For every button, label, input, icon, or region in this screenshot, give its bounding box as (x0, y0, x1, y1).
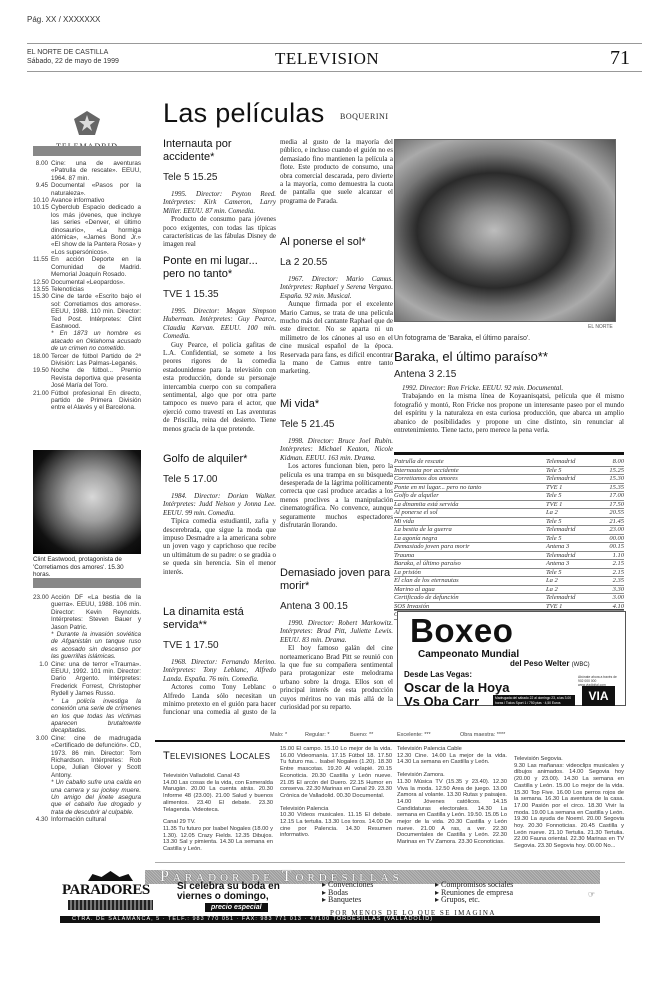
schedule-time: 9.45 (33, 182, 51, 197)
locales-column-4: Televisión Segovia.9.30 Las mañanas: vid… (514, 756, 624, 850)
clint-eastwood-photo (33, 450, 141, 554)
featured-film-body: Trabajando en la misma línea de Koyaanis… (394, 392, 624, 434)
local-channel-listing: Televisión Zamora.11.30 Música TV (15.35… (397, 772, 507, 846)
schedule-entry: 10.15Cyberclub Espacio dedicado a los má… (33, 204, 141, 256)
schedule-description: Documental «Leopardos». (51, 279, 141, 286)
grid-channel: Tele 5 (546, 534, 596, 543)
grid-time: 00.15 (596, 543, 624, 552)
local-channel-listing: Televisión Palencia10.30 Vídeos musicale… (280, 806, 392, 840)
grid-row: La agonía negraTele 500.00 (394, 534, 624, 543)
weight-class-label: del Peso Welter (510, 659, 569, 668)
schedule-description: En acción Deporte en la Comunidad de Mad… (51, 256, 141, 278)
local-channel-schedule: 15.00 El campo. 15.10 Lo mejor de la vid… (280, 746, 392, 799)
page-number: 71 (610, 47, 630, 70)
schedule-entry: 1.0Cine: una de terror «Trauma». EEUU, 1… (33, 661, 141, 735)
local-channel-schedule: 11.35 Tu futuro por Isabel Nogales (18.0… (163, 826, 273, 852)
grid-channel: Telemadrid (546, 475, 596, 484)
grid-row: La bestia de la guerraTelemadrid23.00 (394, 526, 624, 535)
paradores-logo: PARADORES (62, 882, 150, 899)
ad-subtitle: Campeonato Mundial (418, 649, 519, 660)
price-tag: precio especial (205, 903, 268, 912)
schedule-description: Documental «Pasos por la naturaleza». (51, 182, 141, 197)
grid-row: El clan de los eternautasLa 22.35 (394, 577, 624, 586)
local-channel-name: Televisión Palencia (280, 806, 392, 813)
schedule-description: Cine: una de aventuras «Patrulla de resc… (51, 160, 141, 182)
film-review-3: Golfo de alquiler* Tele 5 17.00 1984. Di… (163, 453, 276, 576)
schedule-time: 8.00 (33, 160, 51, 182)
grid-channel: Telemadrid (546, 594, 596, 603)
crown-icon (88, 871, 133, 881)
grid-title: Golfo de alquiler (394, 492, 546, 501)
grid-time: 20.55 (596, 509, 624, 518)
schedule-entry: 8.00Cine: una de aventuras «Patrulla de … (33, 160, 141, 182)
ad-title: Boxeo (410, 612, 513, 650)
film-review-body: Actores como Tony Leblanc o Alfredo Land… (163, 683, 276, 717)
grid-channel: Antena 3 (546, 543, 596, 552)
local-channel-name: Televisión Palencia Cable (397, 746, 507, 753)
featured-film-channel-time: Antena 3 2.15 (394, 369, 456, 380)
film-review-body: Típica comedia estudiantil, zafia y desc… (163, 517, 276, 576)
grid-title: Trauma (394, 551, 546, 560)
grid-title: Baraka, el último paraíso (394, 560, 546, 569)
local-channel-listing: 15.00 El campo. 15.10 Lo mejor de la vid… (280, 746, 392, 800)
service-item: ▸ Banquetes (322, 896, 373, 904)
grid-title: Ponte en mi lugar... pero no tanto (394, 483, 546, 492)
film-channel-time: La 2 20.55 (280, 257, 393, 269)
film-channel-time: TVE 1 15.35 (163, 289, 276, 301)
schedule-entry: 18.00Tercer de fútbol Partido de 2ª Divi… (33, 353, 141, 368)
schedule-description: Cine: una de terror «Trauma». EEUU, 1992… (51, 661, 141, 735)
slogan-line-2: viernes o domingo, (177, 892, 280, 902)
grid-row: Patrulla de rescateTelemadrid8.00 (394, 458, 624, 466)
schedule-time: 10.15 (33, 204, 51, 256)
schedule-time: 18.00 (33, 353, 51, 368)
film-review-5: Al ponerse el sol* La 2 20.55 1967. Dire… (280, 236, 393, 376)
boxeo-advertisement[interactable]: Boxeo Campeonato Mundial del Peso Welter… (397, 611, 626, 706)
film-title: Ponte en mi lugar... pero no tanto* (163, 255, 276, 281)
local-channel-schedule: 10.30 Vídeos musicales. 11.15 El debate.… (280, 812, 392, 838)
schedule-description: Cyberclub Espacio dedicado a los más jóv… (51, 204, 141, 256)
film-credits: 1968. Director: Fernando Merino. Intérpr… (163, 658, 276, 683)
grid-channel: TVE 1 (546, 500, 596, 509)
pointer-icon: ☞ (588, 890, 595, 899)
film-review-body: El hoy famoso galán del cine norteameric… (280, 644, 393, 711)
film-review-4: La dinamita está servida** TVE 1 17.50 1… (163, 606, 276, 717)
grid-channel: Tele 5 (546, 466, 596, 475)
ad-weight-class: del Peso Welter (WBC) (510, 659, 590, 668)
film-channel-time: Tele 5 17.00 (163, 474, 276, 486)
grid-row: Al ponerse el solLa 220.55 (394, 509, 624, 518)
locales-bottom-rule (155, 862, 625, 863)
grid-channel: La 2 (546, 509, 596, 518)
film-review-body-continued: media al gusto de la mayoría del público… (280, 138, 393, 205)
section-title: TELEVISION (275, 49, 379, 69)
grid-title: Mi vida (394, 517, 546, 526)
schedule-description: Avance informativo (51, 197, 141, 204)
grid-title: Internauta por accidente (394, 466, 546, 475)
grid-time: 15.30 (596, 475, 624, 484)
local-channel-listing: Televisión Valladolid. Canal 4314.00 Las… (163, 773, 273, 813)
rating-legend-regular: Regular: * (305, 732, 329, 738)
grid-title: La bestia de la guerra (394, 526, 546, 535)
grid-time: 17.00 (596, 492, 624, 501)
schedule-entry: 13.55Telenoticias (33, 286, 141, 293)
services-list-b: ▸ Compromisos sociales▸ Reuniones de emp… (435, 881, 513, 904)
baraka-still-photo (394, 139, 616, 322)
org-label: (WBC) (572, 662, 590, 668)
grid-channel: Telemadrid (546, 551, 596, 560)
schedule-entry: 21.00Fútbol profesional En directo, part… (33, 390, 141, 412)
schedule-time: 15.30 (33, 293, 51, 352)
page-reference: Pág. XX / XXXXXXX (27, 15, 100, 24)
grid-time: 2.15 (596, 560, 624, 569)
grid-channel: Telemadrid (546, 458, 596, 466)
grid-title: La dinamita está servida (394, 500, 546, 509)
schedule-time: 4.30 (33, 816, 51, 823)
film-title: Demasiado joven para morir* (280, 567, 393, 593)
schedule-time: 23.00 (33, 594, 51, 661)
film-title: La dinamita está servida** (163, 606, 276, 632)
locales-heading: Televisiones Locales (163, 750, 270, 762)
local-channel-schedule: 12.30 Cine. 14.00 La mejor de la vida. 1… (397, 753, 507, 766)
local-channel-name: Canal 29 TV. (163, 819, 273, 826)
grid-row: Marino al aguaLa 23.30 (394, 585, 624, 594)
schedule-description: Noche de fútbol... Premio Revista deport… (51, 367, 141, 389)
local-channel-listing: Televisión Palencia Cable12.30 Cine. 14.… (397, 746, 507, 766)
grid-row: Mi vidaTele 521.45 (394, 517, 624, 526)
ad-location: Desde Las Vegas: (404, 670, 472, 679)
locales-column-2: 15.00 El campo. 15.10 Lo mejor de la vid… (280, 746, 392, 839)
grid-channel: La 2 (546, 577, 596, 586)
grid-channel: La 2 (546, 585, 596, 594)
schedule-description: Acción DF «La bestia de la guerra». EEUU… (51, 594, 141, 661)
issue-date: Sábado, 22 de mayo de 1999 (27, 57, 119, 66)
ad-broadcast-info: Madrugada del sábado 22 al domingo 23, a… (493, 695, 575, 706)
film-channel-time: Tele 5 21.45 (280, 419, 393, 431)
film-credits: 1995. Director: Megan Simpson Huberman. … (163, 307, 276, 341)
via-logo: VIA (582, 686, 615, 706)
grid-title: Al ponerse el sol (394, 509, 546, 518)
grid-title: El clan de los eternautas (394, 577, 546, 586)
masthead-top-rule (27, 43, 642, 44)
grid-time: 8.00 (596, 458, 624, 466)
telemadrid-schedule-night: 23.00Acción DF «La bestia de la guerra».… (33, 594, 141, 824)
channel-header-bar (33, 146, 141, 156)
schedule-time: 13.55 (33, 286, 51, 293)
service-item: ▸ Grupos, etc. (435, 896, 513, 904)
grid-row: Demasiado joven para morirAntena 300.15 (394, 543, 624, 552)
masthead-bottom-rule (27, 71, 642, 72)
schedule-time: 12.50 (33, 279, 51, 286)
film-channel-time: Tele 5 15.25 (163, 172, 276, 184)
film-credits: 1995. Director: Peyton Reed. Intérpretes… (163, 190, 276, 215)
schedule-entry: 9.45Documental «Pasos por la naturaleza»… (33, 182, 141, 197)
star-pentagon-icon (72, 110, 102, 136)
film-review-1: Internauta por accidente* Tele 5 15.25 1… (163, 138, 276, 249)
film-review-body: Producto de consumo para jóvenes poco ex… (163, 215, 276, 249)
film-review-body: Los actores funcionan bien, pero la pelí… (280, 462, 393, 529)
parador-advertisement[interactable]: Parador de Tordesillas PARADORES Si cele… (60, 868, 600, 923)
grid-title: La prisión (394, 568, 546, 577)
film-title: Golfo de alquiler* (163, 453, 276, 466)
author-byline: BOQUERINI (340, 112, 389, 121)
newspaper-name: EL NORTE DE CASTILLA (27, 48, 119, 57)
grid-time: 2.15 (596, 568, 624, 577)
baraka-photo-caption: Un fotograma de 'Baraka, el último paraí… (394, 335, 530, 342)
ad-slogan: Si celebra su boda en viernes o domingo, (177, 882, 280, 902)
schedule-description: Fútbol profesional En directo, partido d… (51, 390, 141, 412)
grid-title: La agonía negra (394, 534, 546, 543)
locales-column-3: Televisión Palencia Cable12.30 Cine. 14.… (397, 746, 507, 846)
schedule-entry: 15.30Cine de tarde «Escrito bajo el sol:… (33, 293, 141, 352)
film-review-body: Guy Pearce, el policía gafitas de L.A. C… (163, 341, 276, 433)
masthead-info: EL NORTE DE CASTILLA Sábado, 22 de mayo … (27, 48, 119, 66)
grid-row: La prisiónTele 52.15 (394, 568, 624, 577)
film-review-2: Ponte en mi lugar... pero no tanto* TVE … (163, 255, 276, 433)
schedule-time: 10.10 (33, 197, 51, 204)
schedule-entry: 4.30Información cultural (33, 816, 141, 823)
grid-row: Ponte en mi lugar... pero no tantoTVE 11… (394, 483, 624, 492)
rating-legend-obra-maestra: Obra maestra: **** (460, 732, 505, 738)
telemadrid-schedule-morning: 8.00Cine: una de aventuras «Patrulla de … (33, 160, 141, 412)
film-title: Al ponerse el sol* (280, 236, 393, 249)
film-credits: 1984. Director: Dorian Walker. Intérpret… (163, 492, 276, 517)
grid-channel: Telemadrid (546, 526, 596, 535)
grid-time: 3.30 (596, 585, 624, 594)
film-title: Internauta por accidente* (163, 138, 276, 164)
schedule-description: Tercer de fútbol Partido de 2ª División:… (51, 353, 141, 368)
clint-photo-caption: Clint Eastwood, protagonista de 'Correti… (33, 556, 141, 579)
grid-time: 3.00 (596, 594, 624, 603)
legend-rule (155, 740, 625, 742)
ad-fighter-1: Oscar de la Hoya (404, 680, 510, 695)
local-channel-listing: Canal 29 TV.11.35 Tu futuro por Isabel N… (163, 819, 273, 853)
peliculas-heading: Las películas (163, 98, 325, 129)
grid-channel: Tele 5 (546, 517, 596, 526)
grid-row: Baraka, el último paraísoAntena 32.15 (394, 560, 624, 569)
grid-time: 23.00 (596, 526, 624, 535)
film-credits: 1967. Director: Mario Camus. Intérpretes… (280, 275, 393, 300)
grid-time: 2.35 (596, 577, 624, 586)
grid-time: 15.35 (596, 483, 624, 492)
film-credits: 1998. Director: Bruce Joel Rubin. Intérp… (280, 437, 393, 462)
film-review-6: Mi vida* Tele 5 21.45 1998. Director: Br… (280, 398, 393, 529)
grid-title: Certificado de defunción (394, 594, 546, 603)
film-schedule-grid: Patrulla de rescateTelemadrid8.00Interna… (394, 458, 624, 620)
schedule-entry: 23.00Acción DF «La bestia de la guerra».… (33, 594, 141, 661)
featured-film-credits: 1992. Director: Ron Fricke. EEUU. 92 min… (394, 384, 624, 392)
local-channel-name: Televisión Zamora. (397, 772, 507, 779)
grid-time: 21.45 (596, 517, 624, 526)
grid-title: Demasiado joven para morir (394, 543, 546, 552)
logo-decoration (68, 900, 153, 910)
local-channel-name: Televisión Segovia. (514, 756, 624, 763)
schedule-time: 19.50 (33, 367, 51, 389)
grid-time: 00.00 (596, 534, 624, 543)
schedule-description: Información cultural (51, 816, 141, 823)
grid-top-rule (394, 452, 624, 455)
local-channel-listing: Televisión Segovia.9.30 Las mañanas: vid… (514, 756, 624, 850)
schedule-time: 21.00 (33, 390, 51, 412)
grid-row: Corretiamos dos amoresTelemadrid15.30 (394, 475, 624, 484)
schedule-description: Cine de tarde «Escrito bajo el sol: Corr… (51, 293, 141, 352)
photo-credit: EL NORTE (588, 324, 613, 330)
featured-film-review: 1992. Director: Ron Fricke. EEUU. 92 min… (394, 384, 624, 434)
local-channel-schedule: 9.30 Las mañanas: videoclips musicales y… (514, 763, 624, 849)
film-credits: 1990. Director: Robert Markowitz. Intérp… (280, 619, 393, 644)
local-channel-name: Televisión Valladolid. Canal 43 (163, 773, 273, 780)
grid-channel: Antena 3 (546, 560, 596, 569)
film-channel-time: Antena 3 00.15 (280, 601, 393, 613)
schedule-description: Cine: cine de madrugada «Certificado de … (51, 735, 141, 816)
schedule-entry: 10.10Avance informativo (33, 197, 141, 204)
local-channel-schedule: 14.00 Las cosas de la vida, con Esmerald… (163, 780, 273, 813)
featured-film-title: Baraka, el último paraíso** (394, 349, 548, 364)
film-title: Mi vida* (280, 398, 393, 411)
telemadrid-logo: TELEMADRID (33, 110, 141, 151)
services-list-a: ▸ Convenciones▸ Bodas▸ Banquetes (322, 881, 373, 904)
night-schedule-bar (33, 578, 141, 588)
grid-channel: Tele 5 (546, 492, 596, 501)
schedule-description: Telenoticias (51, 286, 141, 293)
rating-legend-bueno: Bueno: ** (350, 732, 373, 738)
local-channel-schedule: 11.30 Música TV (15.35 y 23.40). 12.30 V… (397, 779, 507, 845)
grid-time: 17.50 (596, 500, 624, 509)
grid-row: Certificado de defunciónTelemadrid3.00 (394, 594, 624, 603)
grid-time: 15.25 (596, 466, 624, 475)
ad-fighter-2: Vs Oba Carr (404, 694, 479, 709)
rating-legend-excelente: Excelente: *** (397, 732, 431, 738)
schedule-entry: 12.50Documental «Leopardos». (33, 279, 141, 286)
film-review-body: Aunque firmada por el excelente Mario Ca… (280, 300, 393, 376)
grid-bottom-rule (394, 609, 624, 610)
grid-title: Corretiamos dos amores (394, 475, 546, 484)
grid-channel: Tele 5 (546, 568, 596, 577)
schedule-entry: 11.55En acción Deporte en la Comunidad d… (33, 256, 141, 278)
grid-row: La dinamita está servidaTVE 117.50 (394, 500, 624, 509)
ad-address-bar: CTRA. DE SALAMANCA, 5 · TELF.: 983 770 0… (60, 916, 600, 923)
grid-time: 1.10 (596, 551, 624, 560)
schedule-time: 1.0 (33, 661, 51, 735)
rating-legend-malo: Malo: * (270, 732, 287, 738)
grid-title: Patrulla de rescate (394, 458, 546, 466)
grid-row: TraumaTelemadrid1.10 (394, 551, 624, 560)
schedule-entry: 19.50Noche de fútbol... Premio Revista d… (33, 367, 141, 389)
grid-row: Golfo de alquilerTele 517.00 (394, 492, 624, 501)
grid-row: Internauta por accidenteTele 515.25 (394, 466, 624, 475)
film-review-4-cont: media al gusto de la mayoría del público… (280, 138, 393, 205)
schedule-entry: 3.00Cine: cine de madrugada «Certificado… (33, 735, 141, 816)
schedule-time: 11.55 (33, 256, 51, 278)
film-channel-time: TVE 1 17.50 (163, 640, 276, 652)
grid-title: Marino al agua (394, 585, 546, 594)
film-review-7: Demasiado joven para morir* Antena 3 00.… (280, 567, 393, 711)
schedule-time: 3.00 (33, 735, 51, 816)
grid-channel: TVE 1 (546, 483, 596, 492)
locales-column-1: Televisión Valladolid. Canal 4314.00 Las… (163, 773, 273, 853)
